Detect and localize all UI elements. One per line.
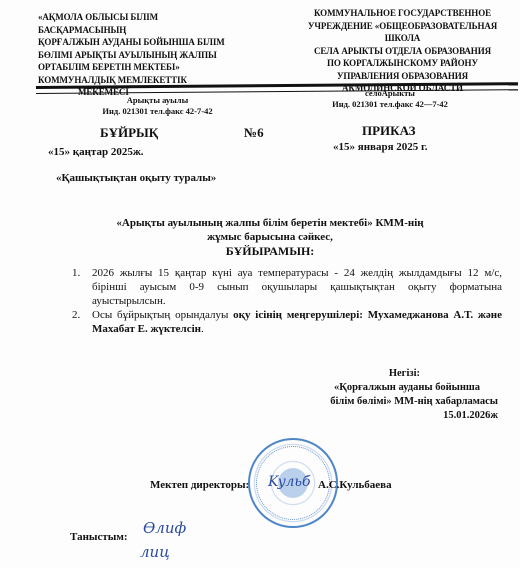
- acknowledged-signature-1: Ѳлиф: [143, 519, 186, 537]
- header-russian: КОММУНАЛЬНОЕ ГОСУДАРСТВЕННОЕ УЧРЕЖДЕНИЕ …: [290, 7, 515, 95]
- order-title-kazakh: БҰЙРЫҚ: [100, 125, 158, 141]
- basis-line: 15.01.2026ж: [280, 409, 498, 423]
- address-russian: селоАрыкты Инд. 021301 тел.факс 42—7-42: [315, 88, 465, 110]
- preamble-line: «Арықты ауылының жалпы білім беретін мек…: [60, 216, 480, 230]
- item-number: 2.: [72, 308, 80, 322]
- address-line: Инд. 021301 тел.факс 42—7-42: [315, 99, 465, 110]
- header-ru-line: СЕЛА АРЫКТЫ ОТДЕЛА ОБРАЗОВАНИЯ: [290, 45, 515, 58]
- director-name: А.С.Кульбаева: [318, 479, 392, 491]
- header-ru-line: УПРАВЛЕНИЯ ОБРАЗОВАНИЯ: [290, 70, 515, 83]
- item-text-plain: Осы бұйрықтың орындалуы: [92, 309, 233, 321]
- header-kz-line: БӨЛІМІ АРЫҚТЫ АУЫЛЫНЫҢ ЖАЛПЫ: [38, 49, 238, 62]
- preamble: «Арықты ауылының жалпы білім беретін мек…: [60, 216, 480, 258]
- item-number: 1.: [72, 266, 80, 280]
- basis-label: Негізі:: [280, 367, 498, 381]
- order-title-russian: ПРИКАЗ: [362, 123, 416, 139]
- header-kz-line: «АҚМОЛА ОБЛЫСЫ БІЛІМ БАСҚАРМАСЫНЫҢ: [38, 11, 238, 36]
- order-subject: «Қашықтықтан оқыту туралы»: [56, 172, 216, 184]
- command-heading: БҰЙЫРАМЫН:: [60, 244, 480, 258]
- order-item: 2. Осы бұйрықтың орындалуы оқу ісінің ме…: [72, 308, 502, 336]
- header-kz-line: ОРТАБІЛІМ БЕРЕТІН МЕКТЕБІ»: [38, 61, 238, 74]
- address-line: Арықты ауылы: [90, 95, 225, 106]
- basis-block: Негізі: «Қорғалжын ауданы бойынша білім …: [280, 367, 498, 423]
- acknowledged-label: Таныстым:: [70, 531, 128, 543]
- header-ru-line: УЧРЕЖДЕНИЕ «ОБЩЕОБРАЗОВАТЕЛЬНАЯ ШКОЛА: [290, 20, 515, 45]
- basis-line: білім бөлімі» ММ-нің хабарламасы: [280, 395, 498, 409]
- preamble-line: жұмыс барысына сәйкес,: [60, 230, 480, 244]
- order-date-russian: «15» января 2025 г.: [333, 141, 428, 153]
- address-line: Инд. 021301 тел.факс 42-7-42: [90, 106, 225, 117]
- order-date-kazakh: «15» қаңтар 2025ж.: [48, 146, 144, 158]
- header-ru-line: КОММУНАЛЬНОЕ ГОСУДАРСТВЕННОЕ: [290, 7, 515, 20]
- address-line: селоАрыкты: [315, 88, 465, 99]
- acknowledged-signature-2: лиц: [140, 543, 170, 561]
- address-kazakh: Арықты ауылы Инд. 021301 тел.факс 42-7-4…: [90, 95, 225, 117]
- order-item: 1. 2026 жылғы 15 қаңтар күні ауа темпера…: [72, 266, 502, 308]
- director-position: Мектеп директоры:: [150, 479, 249, 491]
- director-signature: Kyльб: [268, 474, 311, 490]
- order-items: 1. 2026 жылғы 15 қаңтар күні ауа темпера…: [72, 266, 502, 336]
- item-text-end: .: [201, 323, 204, 335]
- header-ru-line: ПО КОРГАЛЖЫНСКОМУ РАЙОНУ: [290, 57, 515, 70]
- item-text: 2026 жылғы 15 қаңтар күні ауа температур…: [92, 267, 502, 307]
- basis-line: «Қорғалжын ауданы бойынша: [280, 381, 498, 395]
- header-kz-line: ҚОРҒАЛЖЫН АУДАНЫ БОЙЫНША БІЛІМ: [38, 36, 238, 49]
- order-number: №6: [244, 125, 264, 141]
